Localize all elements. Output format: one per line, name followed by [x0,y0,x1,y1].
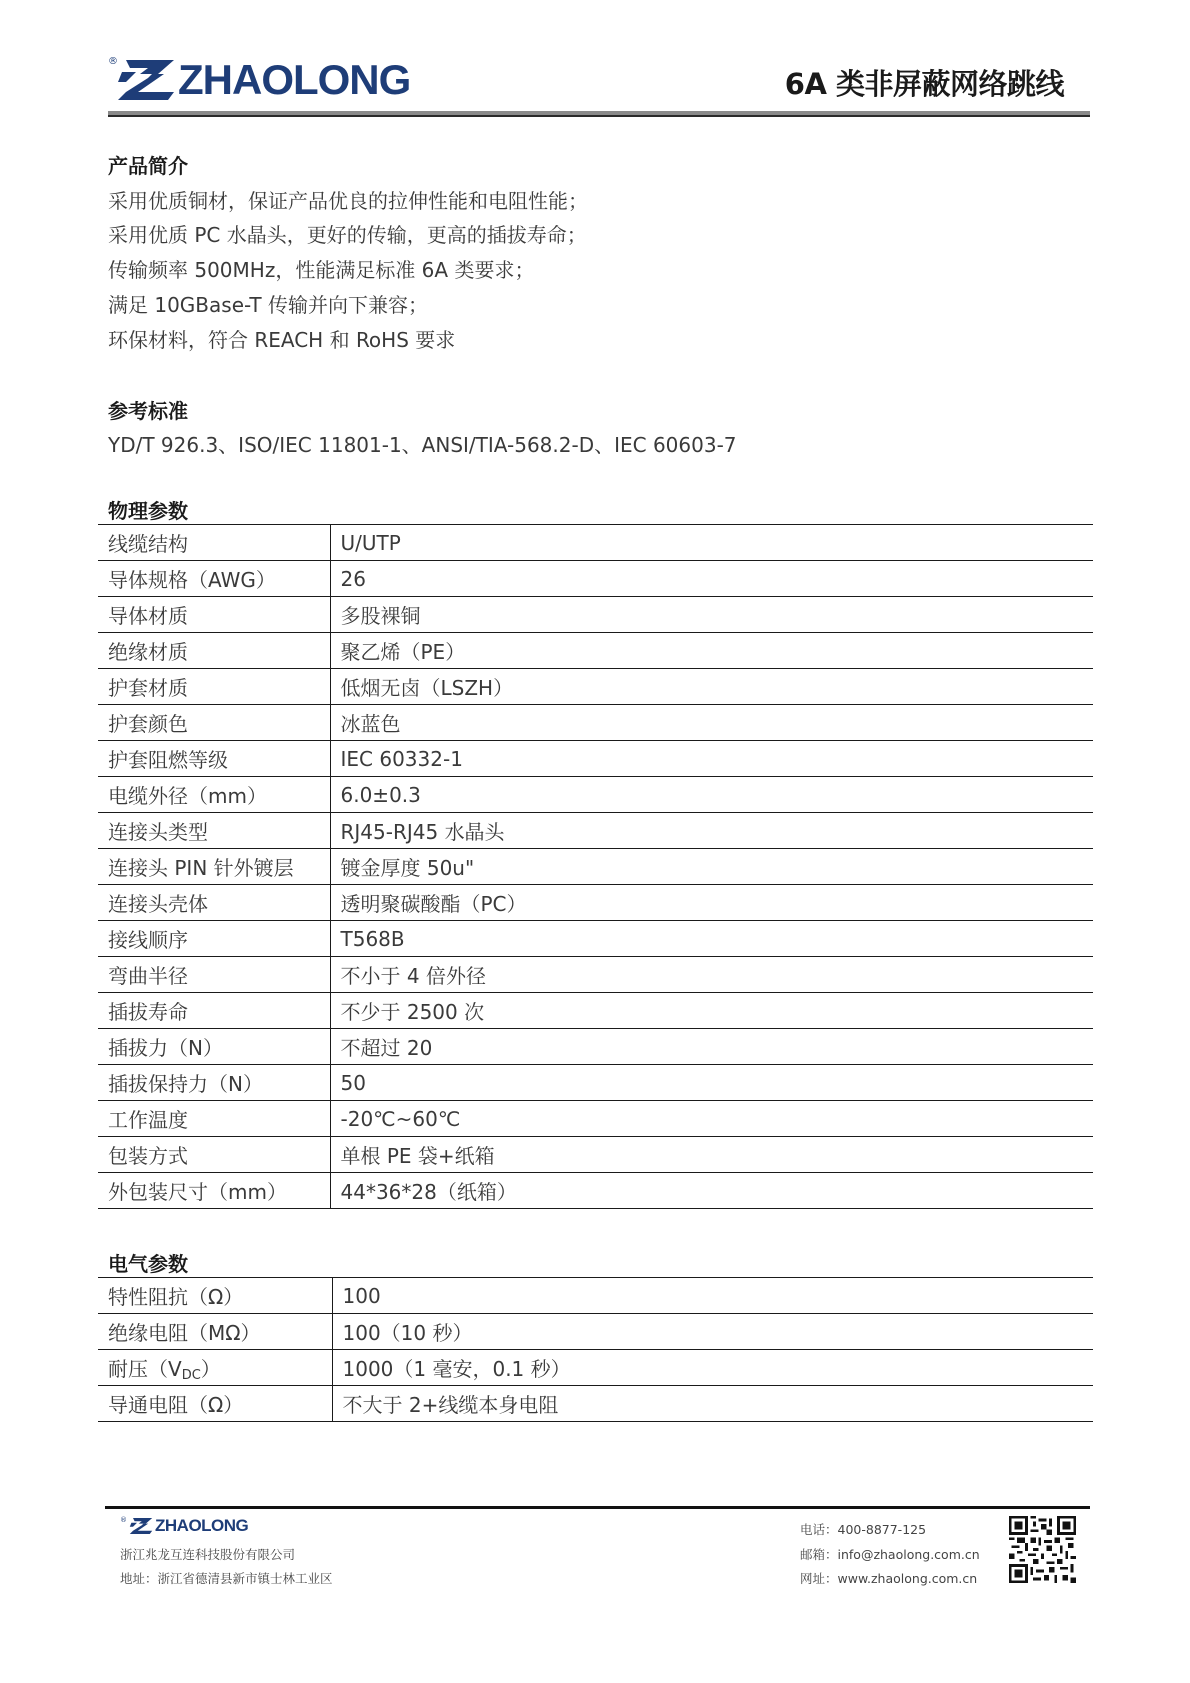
footer-divider [105,1506,1090,1509]
table-row: 导体规格（AWG）26 [98,561,1093,597]
table-row: 插拔寿命不少于 2500 次 [98,993,1093,1029]
param-value: 低烟无卤（LSZH） [330,669,1093,705]
param-name: 特性阻抗（Ω） [98,1278,332,1314]
zhaolong-logo-mark-icon [129,1518,153,1534]
table-row: 包装方式单根 PE 袋+纸箱 [98,1137,1093,1173]
param-value: 26 [330,561,1093,597]
param-value: 100（10 秒） [332,1314,1093,1350]
table-row: 插拔保持力（N）50 [98,1065,1093,1101]
param-value: 多股裸铜 [330,597,1093,633]
document-title: 6A 类非屏蔽网络跳线 [785,62,1064,103]
param-value: 透明聚碳酸酯（PC） [330,885,1093,921]
company-address: 地址：浙江省德清县新市镇士林工业区 [120,1569,333,1587]
table-row: 连接头壳体透明聚碳酸酯（PC） [98,885,1093,921]
electrical-params-table: 特性阻抗（Ω）100 绝缘电阻（MΩ）100（10 秒） 耐压（VDC）1000… [98,1277,1093,1422]
param-value: 冰蓝色 [330,705,1093,741]
param-value: 1000（1 毫安，0.1 秒） [332,1350,1093,1386]
table-row: 连接头 PIN 针外镀层镀金厚度 50u" [98,849,1093,885]
param-value: 50 [330,1065,1093,1101]
param-value: 不小于 4 倍外径 [330,957,1093,993]
table-row: 耐压（VDC）1000（1 毫安，0.1 秒） [98,1350,1093,1386]
qr-code-icon [1009,1516,1076,1583]
param-value: 不大于 2+线缆本身电阻 [332,1386,1093,1422]
physical-params-table: 线缆结构U/UTP 导体规格（AWG）26 导体材质多股裸铜 绝缘材质聚乙烯（P… [98,524,1093,1209]
param-name: 接线顺序 [98,921,330,957]
param-value: 不超过 20 [330,1029,1093,1065]
company-logo: ZHAOLONG [108,58,410,102]
param-name: 导体材质 [98,597,330,633]
param-name: 护套阻燃等级 [98,741,330,777]
param-value: 6.0±0.3 [330,777,1093,813]
table-row: 绝缘材质聚乙烯（PE） [98,633,1093,669]
param-name: 插拔力（N） [98,1029,330,1065]
param-name: 耐压（VDC） [98,1350,332,1386]
electrical-title: 电气参数 [108,1248,188,1277]
param-value: 镀金厚度 50u" [330,849,1093,885]
standards-text: YD/T 926.3、ISO/IEC 11801-1、ANSI/TIA-568.… [108,429,737,458]
table-row: 插拔力（N）不超过 20 [98,1029,1093,1065]
param-name: 电缆外径（mm） [98,777,330,813]
intro-line: 采用优质铜材，保证产品优良的拉伸性能和电阻性能； [108,185,588,214]
param-name: 护套颜色 [98,705,330,741]
intro-line: 采用优质 PC 水晶头，更好的传输，更高的插拔寿命； [108,219,587,248]
param-value: 44*36*28（纸箱） [330,1173,1093,1209]
logo-text: ZHAOLONG [178,60,410,100]
param-value: 100 [332,1278,1093,1314]
physical-title: 物理参数 [108,495,188,524]
param-name: 护套材质 [98,669,330,705]
param-name: 导体规格（AWG） [98,561,330,597]
contact-email[interactable]: 邮箱：info@zhaolong.com.cn [800,1545,980,1563]
param-value: T568B [330,921,1093,957]
table-row: 线缆结构U/UTP [98,525,1093,561]
param-value: 单根 PE 袋+纸箱 [330,1137,1093,1173]
intro-line: 传输频率 500MHz，性能满足标准 6A 类要求； [108,254,534,283]
param-value: RJ45-RJ45 水晶头 [330,813,1093,849]
table-row: 工作温度-20℃~60℃ [98,1101,1093,1137]
table-row: 护套阻燃等级IEC 60332-1 [98,741,1093,777]
table-row: 连接头类型RJ45-RJ45 水晶头 [98,813,1093,849]
intro-line: 满足 10GBase-T 传输并向下兼容； [108,289,428,318]
param-name: 弯曲半径 [98,957,330,993]
param-name: 插拔寿命 [98,993,330,1029]
param-value: -20℃~60℃ [330,1101,1093,1137]
table-row: 导体材质多股裸铜 [98,597,1093,633]
param-name-suffix: ） [201,1357,221,1381]
footer-logo: ® ZHAOLONG [120,1516,248,1536]
company-name: 浙江兆龙互连科技股份有限公司 [120,1545,295,1563]
param-name-prefix: 耐压（V [108,1357,182,1381]
table-row: 导通电阻（Ω）不大于 2+线缆本身电阻 [98,1386,1093,1422]
param-name: 绝缘材质 [98,633,330,669]
param-name: 连接头壳体 [98,885,330,921]
standards-title: 参考标准 [108,395,188,424]
table-row: 弯曲半径不小于 4 倍外径 [98,957,1093,993]
param-name: 连接头 PIN 针外镀层 [98,849,330,885]
table-row: 护套颜色冰蓝色 [98,705,1093,741]
param-name-subscript: DC [182,1368,201,1383]
intro-title: 产品简介 [108,150,188,179]
header-divider [108,111,1090,117]
param-name: 线缆结构 [98,525,330,561]
registered-mark: ® [120,1516,127,1524]
param-name: 工作温度 [98,1101,330,1137]
param-value: 不少于 2500 次 [330,993,1093,1029]
param-name: 外包装尺寸（mm） [98,1173,330,1209]
table-row: 电缆外径（mm）6.0±0.3 [98,777,1093,813]
table-row: 外包装尺寸（mm）44*36*28（纸箱） [98,1173,1093,1209]
table-row: 特性阻抗（Ω）100 [98,1278,1093,1314]
table-row: 护套材质低烟无卤（LSZH） [98,669,1093,705]
zhaolong-logo-mark-icon [118,60,174,100]
param-name: 连接头类型 [98,813,330,849]
intro-line: 环保材料，符合 REACH 和 RoHS 要求 [108,324,455,353]
param-name: 插拔保持力（N） [98,1065,330,1101]
param-name: 包装方式 [98,1137,330,1173]
table-row: 绝缘电阻（MΩ）100（10 秒） [98,1314,1093,1350]
table-row: 接线顺序T568B [98,921,1093,957]
param-value: IEC 60332-1 [330,741,1093,777]
footer-logo-text: ZHAOLONG [155,1516,248,1536]
contact-phone: 电话：400-8877-125 [800,1520,926,1538]
param-name: 绝缘电阻（MΩ） [98,1314,332,1350]
param-value: U/UTP [330,525,1093,561]
contact-website[interactable]: 网址：www.zhaolong.com.cn [800,1569,977,1587]
param-value: 聚乙烯（PE） [330,633,1093,669]
param-name: 导通电阻（Ω） [98,1386,332,1422]
